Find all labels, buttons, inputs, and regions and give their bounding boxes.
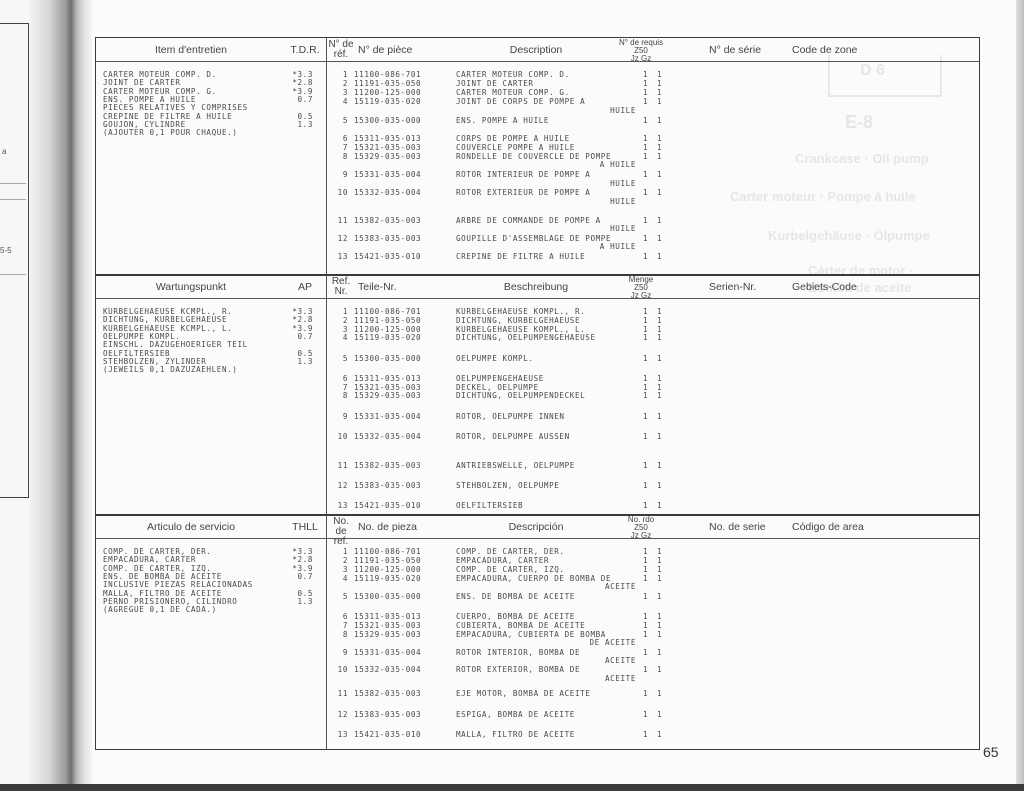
part-description-line: A HUILE <box>456 243 636 252</box>
left-page-fragment: a <box>2 147 6 156</box>
part-ref-no: 9 <box>328 413 348 422</box>
section-spanish: Articulo de servicioTHLLNo. deref.No. de… <box>96 515 979 749</box>
qty-gz: 1 <box>657 153 662 162</box>
qty-jz: 1 <box>643 334 648 343</box>
maintenance-text: (AGREGUE 0,1 DE CADA.) <box>103 606 217 615</box>
part-ref-no: 12 <box>328 711 348 720</box>
header-qty: N° de requisZ50Jz Gz <box>616 39 666 63</box>
part-number: 15383-035-003 <box>354 235 421 244</box>
part-number: 15331-035-004 <box>354 171 421 180</box>
header-part-no: No. de pieza <box>358 521 417 533</box>
part-number: 15119-035-020 <box>354 98 421 107</box>
part-ref-no: 10 <box>328 666 348 675</box>
part-number: 15383-035-003 <box>354 711 421 720</box>
part-ref-no: 13 <box>328 502 348 511</box>
part-description: OELPUMPE KOMPL. <box>456 355 636 364</box>
part-description: RONDELLE DE COUVERCLE DE POMPEA HUILE <box>456 153 636 170</box>
part-ref-no: 12 <box>328 235 348 244</box>
part-ref-no: 11 <box>328 217 348 226</box>
qty-jz: 1 <box>643 690 648 699</box>
part-description-line: ROTOR, OELPUMPE AUSSEN <box>456 433 636 442</box>
qty-gz: 1 <box>657 462 662 471</box>
part-description: EJE MOTOR, BOMBA DE ACEITE <box>456 690 636 699</box>
qty-gz: 1 <box>657 235 662 244</box>
part-description: JOINT DE CORPS DE POMPE AHUILE <box>456 98 636 115</box>
part-number: 15421-035-010 <box>354 731 421 740</box>
qty-jz: 1 <box>643 98 648 107</box>
part-description: EMPACADURA, CUBIERTA DE BOMBADE ACEITE <box>456 631 636 648</box>
part-description-line: DICHTUNG, OELPUMPENDECKEL <box>456 392 636 401</box>
part-ref-no: 4 <box>328 98 348 107</box>
part-description: CREPINE DE FILTRE A HUILE <box>456 253 636 262</box>
part-ref-no: 11 <box>328 462 348 471</box>
qty-jz: 1 <box>643 433 648 442</box>
qty-jz: 1 <box>643 575 648 584</box>
qty-gz: 1 <box>657 253 662 262</box>
maintenance-text: (AJOUTER 0,1 POUR CHAQUE.) <box>103 129 237 138</box>
qty-jz: 1 <box>643 217 648 226</box>
part-description-line: CORPS DE POMPE A HUILE <box>456 135 636 144</box>
part-ref-no: 11 <box>328 690 348 699</box>
section-french: Item d'entretienT.D.R.N° deréf.N° de piè… <box>96 38 979 275</box>
part-description: ANTRIEBSWELLE, OELPUMPE <box>456 462 636 471</box>
header-maintenance-item: Articulo de servicio <box>96 521 286 533</box>
part-ref-no: 6 <box>328 135 348 144</box>
header-time: THLL <box>286 521 324 533</box>
part-description: DICHTUNG, OELPUMPENGEHAEUSE <box>456 334 636 343</box>
part-description: ARBRE DE COMMANDE DE POMPE AHUILE <box>456 217 636 234</box>
qty-jz: 1 <box>643 649 648 658</box>
qty-jz: 1 <box>643 502 648 511</box>
qty-jz: 1 <box>643 711 648 720</box>
part-number: 15329-035-003 <box>354 631 421 640</box>
qty-gz: 1 <box>657 189 662 198</box>
part-description-line: ESPIGA, BOMBA DE ACEITE <box>456 711 636 720</box>
header-ref-line: ref. <box>328 537 354 547</box>
left-page-rule <box>0 274 26 275</box>
part-ref-no: 12 <box>328 482 348 491</box>
header-ref-no: Ref.Nr. <box>328 277 354 297</box>
part-ref-no: 4 <box>328 334 348 343</box>
header-area-code: Code de zone <box>792 44 857 56</box>
header-time: AP <box>286 281 324 293</box>
part-ref-no: 8 <box>328 392 348 401</box>
part-description-line: JOINT DE CORPS DE POMPE A <box>456 98 636 107</box>
column-divider <box>326 515 327 749</box>
qty-gz: 1 <box>657 355 662 364</box>
part-description: ROTOR, OELPUMPE INNEN <box>456 413 636 422</box>
part-ref-no: 10 <box>328 189 348 198</box>
qty-gz: 1 <box>657 649 662 658</box>
header-part-no: N° de pièce <box>358 44 412 56</box>
qty-jz: 1 <box>643 482 648 491</box>
part-description-line: ACEITE <box>456 675 636 684</box>
part-description-line: ROTOR, OELPUMPE INNEN <box>456 413 636 422</box>
header-description: Descripción <box>456 521 616 533</box>
part-number: 15329-035-003 <box>354 153 421 162</box>
qty-jz: 1 <box>643 631 648 640</box>
part-description: STEHBOLZEN, OELPUMPE <box>456 482 636 491</box>
header-description: Description <box>456 44 616 56</box>
qty-jz: 1 <box>643 413 648 422</box>
part-ref-no: 13 <box>328 253 348 262</box>
qty-jz: 1 <box>643 392 648 401</box>
header-part-no: Teile-Nr. <box>358 281 397 293</box>
qty-jz: 1 <box>643 593 648 602</box>
part-description: ENS. DE BOMBA DE ACEITE <box>456 593 636 602</box>
part-ref-no: 9 <box>328 649 348 658</box>
part-ref-no: 9 <box>328 171 348 180</box>
part-ref-no: 8 <box>328 631 348 640</box>
left-page-fragment: 5-5 <box>0 246 12 255</box>
header-ref-no: N° deréf. <box>328 40 354 60</box>
part-description-line: HUILE <box>456 180 636 189</box>
part-ref-no: 5 <box>328 117 348 126</box>
page-edge <box>1016 0 1024 791</box>
part-number: 15383-035-003 <box>354 482 421 491</box>
header-ref-line: réf. <box>328 50 354 60</box>
qty-gz: 1 <box>657 433 662 442</box>
maintenance-time: 0.7 <box>273 333 313 342</box>
part-description: ROTOR EXTERIOR, BOMBA DEACEITE <box>456 666 636 683</box>
maintenance-time: 0.7 <box>273 573 313 582</box>
header-area-code: Gebiets-Code <box>792 281 857 293</box>
qty-jz: 1 <box>643 153 648 162</box>
part-description-line: CREPINE DE FILTRE A HUILE <box>456 253 636 262</box>
qty-gz: 1 <box>657 413 662 422</box>
qty-jz: 1 <box>643 666 648 675</box>
part-description: ROTOR EXTERIEUR DE POMPE AHUILE <box>456 189 636 206</box>
part-description-line: ACEITE <box>456 657 636 666</box>
header-qty-line: Jz Gz <box>616 55 666 63</box>
part-description-line: ROTOR EXTERIEUR DE POMPE A <box>456 189 636 198</box>
maintenance-time: 0.7 <box>273 96 313 105</box>
part-description-line: ANTRIEBSWELLE, OELPUMPE <box>456 462 636 471</box>
part-description-line: EJE MOTOR, BOMBA DE ACEITE <box>456 690 636 699</box>
qty-gz: 1 <box>657 593 662 602</box>
part-number: 15382-035-003 <box>354 690 421 699</box>
part-description-line: A HUILE <box>456 161 636 170</box>
part-description: EMPACADURA, CUERPO DE BOMBA DEACEITE <box>456 575 636 592</box>
part-number: 15300-035-000 <box>354 355 421 364</box>
part-number: 15421-035-010 <box>354 253 421 262</box>
part-description-line: OELFILTERSIEB <box>456 502 636 511</box>
section-german: WartungspunktAPRef.Nr.Teile-Nr.Beschreib… <box>96 275 979 515</box>
qty-jz: 1 <box>643 117 648 126</box>
part-description: GOUPILLE D'ASSEMBLAGE DE POMPEA HUILE <box>456 235 636 252</box>
part-description: DICHTUNG, OELPUMPENDECKEL <box>456 392 636 401</box>
part-description: ROTOR, OELPUMPE AUSSEN <box>456 433 636 442</box>
qty-gz: 1 <box>657 690 662 699</box>
part-number: 15300-035-000 <box>354 117 421 126</box>
maintenance-time: 1.3 <box>273 598 313 607</box>
part-description-line: OELPUMPE KOMPL. <box>456 355 636 364</box>
part-description-line: DE ACEITE <box>456 639 636 648</box>
header-qty-line: Jz Gz <box>616 532 666 540</box>
maintenance-time: 1.3 <box>273 358 313 367</box>
header-ref-line: No. de <box>328 517 354 537</box>
part-number: 15382-035-003 <box>354 462 421 471</box>
header-serial-no: Serien-Nr. <box>709 281 756 293</box>
part-description: ENS. POMPE A HUILE <box>456 117 636 126</box>
header-maintenance-item: Item d'entretien <box>96 44 286 56</box>
part-description-line: STEHBOLZEN, OELPUMPE <box>456 482 636 491</box>
left-page-frame <box>0 23 29 498</box>
part-number: 15329-035-003 <box>354 392 421 401</box>
qty-gz: 1 <box>657 334 662 343</box>
part-description: MALLA, FILTRO DE ACEITE <box>456 731 636 740</box>
qty-jz: 1 <box>643 189 648 198</box>
qty-jz: 1 <box>643 171 648 180</box>
header-serial-no: N° de série <box>709 44 761 56</box>
qty-jz: 1 <box>643 235 648 244</box>
parts-table-sheet: Item d'entretienT.D.R.N° deréf.N° de piè… <box>95 37 980 750</box>
header-qty: MengeZ50Jz Gz <box>616 276 666 300</box>
part-description-line: MALLA, FILTRO DE ACEITE <box>456 731 636 740</box>
column-divider <box>326 275 327 515</box>
part-description-line: ARBRE DE COMMANDE DE POMPE A <box>456 217 636 226</box>
qty-gz: 1 <box>657 217 662 226</box>
part-description: ROTOR INTERIOR, BOMBA DEACEITE <box>456 649 636 666</box>
part-description-line: DICHTUNG, OELPUMPENGEHAEUSE <box>456 334 636 343</box>
part-number: 15311-035-013 <box>354 135 421 144</box>
header-serial-no: No. de serie <box>709 521 766 533</box>
part-description-line: ENS. POMPE A HUILE <box>456 117 636 126</box>
part-ref-no: 4 <box>328 575 348 584</box>
qty-gz: 1 <box>657 666 662 675</box>
part-number: 15119-035-020 <box>354 575 421 584</box>
part-description-line: HUILE <box>456 225 636 234</box>
qty-gz: 1 <box>657 711 662 720</box>
part-description: OELFILTERSIEB <box>456 502 636 511</box>
header-qty-line: Jz Gz <box>616 292 666 300</box>
part-number: 15382-035-003 <box>354 217 421 226</box>
part-number: 15119-035-020 <box>354 334 421 343</box>
part-description-line: ROTOR INTERIEUR DE POMPE A <box>456 171 636 180</box>
maintenance-time: 1.3 <box>273 121 313 130</box>
qty-gz: 1 <box>657 171 662 180</box>
left-page-rule <box>0 199 26 200</box>
part-description: ESPIGA, BOMBA DE ACEITE <box>456 711 636 720</box>
section-header: Articulo de servicioTHLLNo. deref.No. de… <box>96 515 979 539</box>
qty-gz: 1 <box>657 502 662 511</box>
part-description-line: HUILE <box>456 198 636 207</box>
qty-jz: 1 <box>643 355 648 364</box>
header-time: T.D.R. <box>286 44 324 56</box>
part-number: 15332-035-004 <box>354 666 421 675</box>
qty-jz: 1 <box>643 253 648 262</box>
maintenance-text: (JEWEILS 0,1 DAZUZAEHLEN.) <box>103 366 237 375</box>
part-description: ROTOR INTERIEUR DE POMPE AHUILE <box>456 171 636 188</box>
header-ref-no: No. deref. <box>328 517 354 547</box>
part-number: 15331-035-004 <box>354 649 421 658</box>
part-number: 15331-035-004 <box>354 413 421 422</box>
part-number: 15332-035-004 <box>354 433 421 442</box>
part-ref-no: 13 <box>328 731 348 740</box>
qty-gz: 1 <box>657 392 662 401</box>
section-header: Item d'entretienT.D.R.N° deréf.N° de piè… <box>96 38 979 62</box>
part-number: 15421-035-010 <box>354 502 421 511</box>
qty-gz: 1 <box>657 98 662 107</box>
part-description-line: ENS. DE BOMBA DE ACEITE <box>456 593 636 602</box>
part-number: 15300-035-000 <box>354 593 421 602</box>
qty-gz: 1 <box>657 482 662 491</box>
header-ref-line: Nr. <box>328 287 354 297</box>
qty-jz: 1 <box>643 462 648 471</box>
part-ref-no: 10 <box>328 433 348 442</box>
part-ref-no: 5 <box>328 593 348 602</box>
section-header: WartungspunktAPRef.Nr.Teile-Nr.Beschreib… <box>96 275 979 299</box>
qty-jz: 1 <box>643 731 648 740</box>
column-divider <box>326 38 327 275</box>
header-maintenance-item: Wartungspunkt <box>96 281 286 293</box>
qty-gz: 1 <box>657 135 662 144</box>
book-gutter <box>30 0 92 791</box>
header-qty: No. rdoZ50Jz Gz <box>616 516 666 540</box>
page-number: 65 <box>983 744 999 760</box>
part-description-line: HUILE <box>456 107 636 116</box>
part-ref-no: 8 <box>328 153 348 162</box>
page-bottom-edge <box>0 784 1024 791</box>
qty-jz: 1 <box>643 135 648 144</box>
part-description-line: ACEITE <box>456 583 636 592</box>
qty-gz: 1 <box>657 631 662 640</box>
header-area-code: Código de area <box>792 521 864 533</box>
qty-gz: 1 <box>657 117 662 126</box>
left-page-rule <box>0 183 26 184</box>
part-ref-no: 5 <box>328 355 348 364</box>
header-description: Beschreibung <box>456 281 616 293</box>
part-description: CORPS DE POMPE A HUILE <box>456 135 636 144</box>
qty-gz: 1 <box>657 731 662 740</box>
qty-gz: 1 <box>657 575 662 584</box>
part-number: 15332-035-004 <box>354 189 421 198</box>
